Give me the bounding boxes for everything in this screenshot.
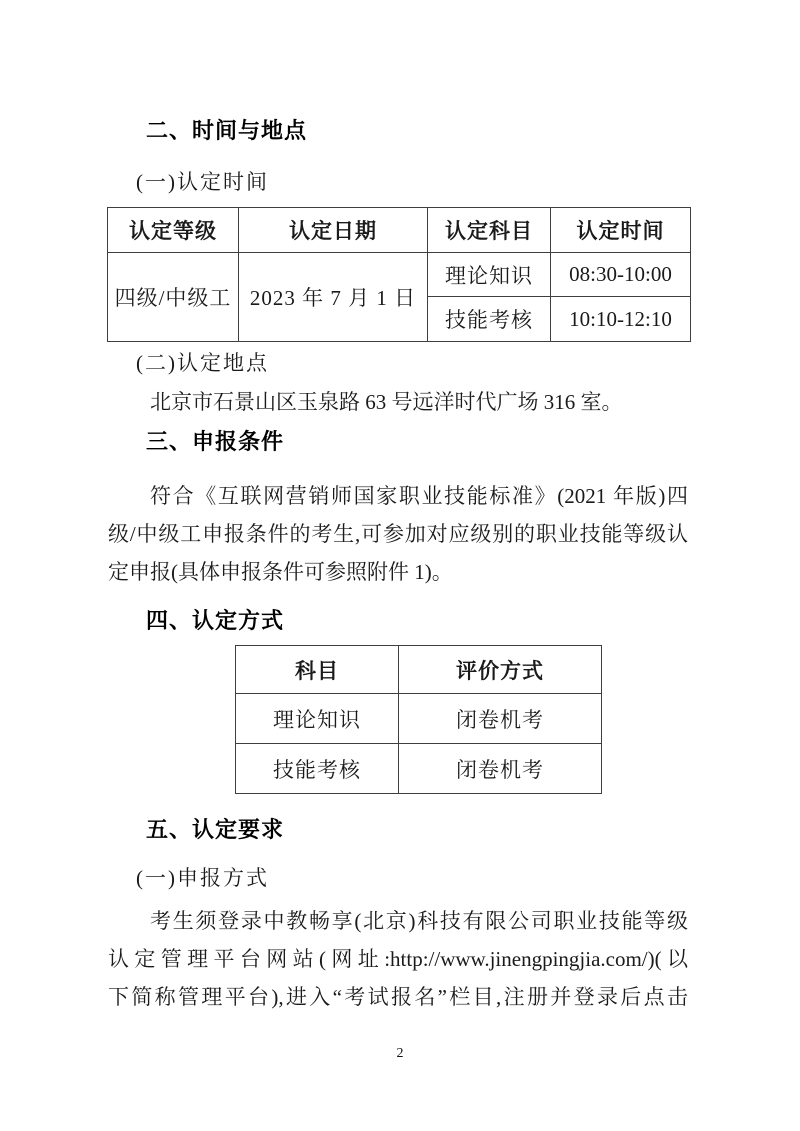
paragraph-line: 下简称管理平台),进入“考试报名”栏目,注册并登录后点击 <box>108 978 688 1016</box>
cell-date: 2023 年 7 月 1 日 <box>239 253 428 342</box>
column-header-subject: 科目 <box>236 646 399 694</box>
cell-method-skill: 闭卷机考 <box>399 744 602 794</box>
section-heading-cert-method: 四、认定方式 <box>146 604 284 635</box>
cell-subject-theory: 理论知识 <box>236 694 399 744</box>
paragraph-line: 符合《互联网营销师国家职业技能标准》(2021 年版)四 <box>108 477 688 515</box>
application-conditions-paragraph: 符合《互联网营销师国家职业技能标准》(2021 年版)四 级/中级工申报条件的考… <box>108 477 688 591</box>
paragraph-line: 考生须登录中教畅享(北京)科技有限公司职业技能等级 <box>108 902 688 940</box>
section-heading-time-location: 二、时间与地点 <box>146 114 307 145</box>
section-heading-cert-requirements: 五、认定要求 <box>146 813 284 844</box>
schedule-table: 认定等级 认定日期 认定科目 认定时间 四级/中级工 2023 年 7 月 1 … <box>107 207 691 342</box>
paragraph-line: 定申报(具体申报条件可参照附件 1)。 <box>108 553 688 591</box>
application-method-paragraph: 考生须登录中教畅享(北京)科技有限公司职业技能等级 认定管理平台网站(网址:ht… <box>108 902 688 1016</box>
cell-subject-skill: 技能考核 <box>236 744 399 794</box>
document-page: 二、时间与地点 (一)认定时间 认定等级 认定日期 认定科目 认定时间 四级/中… <box>0 0 800 1131</box>
section-heading-application-conditions: 三、申报条件 <box>146 425 284 456</box>
column-header-method: 评价方式 <box>399 646 602 694</box>
sub-heading-cert-location: (二)认定地点 <box>136 347 269 377</box>
sub-heading-application-method: (一)申报方式 <box>136 862 269 892</box>
cell-method-theory: 闭卷机考 <box>399 694 602 744</box>
method-table: 科目 评价方式 理论知识 闭卷机考 技能考核 闭卷机考 <box>235 645 602 794</box>
cell-level: 四级/中级工 <box>108 253 239 342</box>
cert-location-address: 北京市石景山区玉泉路 63 号远洋时代广场 316 室。 <box>108 383 688 421</box>
cell-subject-skill: 技能考核 <box>428 297 551 342</box>
column-header-subject: 认定科目 <box>428 208 551 253</box>
column-header-time: 认定时间 <box>551 208 691 253</box>
page-number: 2 <box>0 1046 800 1062</box>
paragraph-line: 认定管理平台网站(网址:http://www.jinengpingjia.com… <box>108 940 688 978</box>
cell-time-theory: 08:30-10:00 <box>551 253 691 297</box>
column-header-date: 认定日期 <box>239 208 428 253</box>
sub-heading-cert-time: (一)认定时间 <box>136 166 269 196</box>
cell-subject-theory: 理论知识 <box>428 253 551 297</box>
paragraph-line: 级/中级工申报条件的考生,可参加对应级别的职业技能等级认 <box>108 515 688 553</box>
column-header-level: 认定等级 <box>108 208 239 253</box>
cell-time-skill: 10:10-12:10 <box>551 297 691 342</box>
